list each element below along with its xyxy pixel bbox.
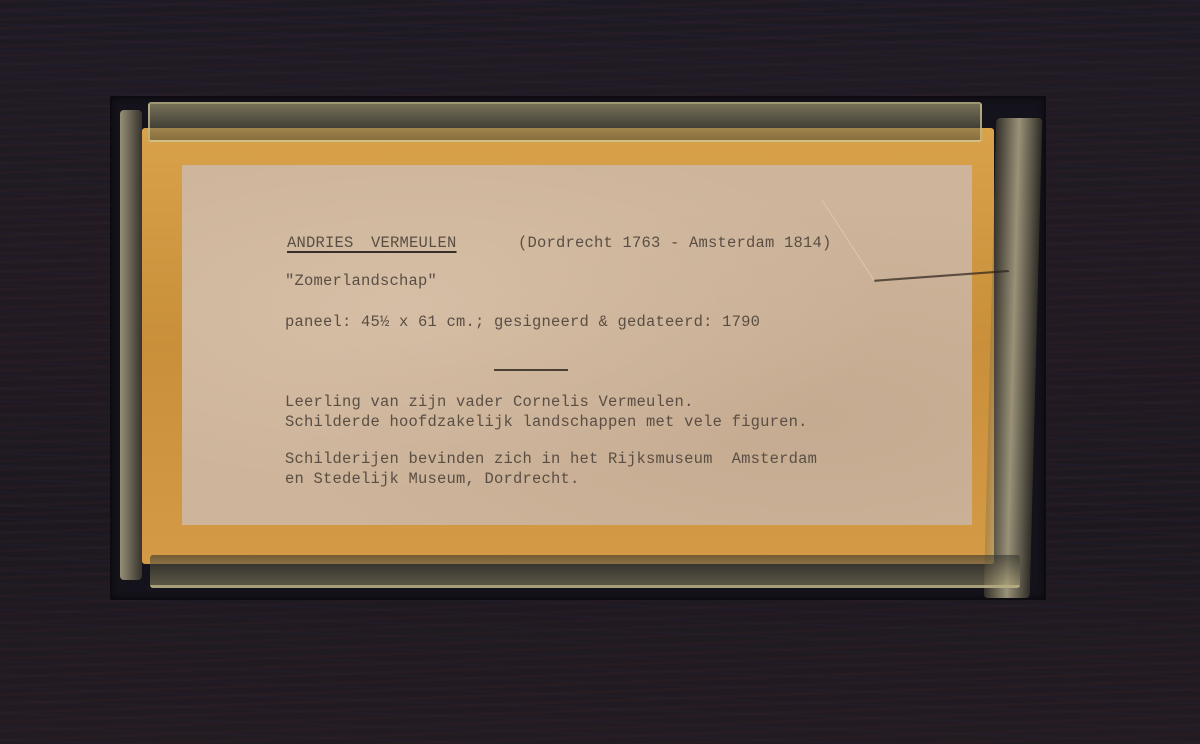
painting-dimensions: paneel: 45½ x 61 cm.; gesigneerd & gedat… — [285, 313, 760, 331]
painting-title: "Zomerlandschap" — [285, 272, 437, 290]
label-text: ANDRIES VERMEULEN (Dordrecht 1763 - Amst… — [0, 0, 1200, 744]
biography-line-2: Schilderde hoofdzakelijk landschappen me… — [285, 413, 808, 431]
life-dates: (Dordrecht 1763 - Amsterdam 1814) — [518, 234, 832, 252]
collections-line-1: Schilderijen bevinden zich in het Rijksm… — [285, 450, 817, 468]
artist-name: ANDRIES VERMEULEN — [287, 234, 457, 252]
biography-line-1: Leerling van zijn vader Cornelis Vermeul… — [285, 393, 694, 411]
divider-line — [494, 369, 568, 371]
collections-line-2: en Stedelijk Museum, Dordrecht. — [285, 470, 580, 488]
